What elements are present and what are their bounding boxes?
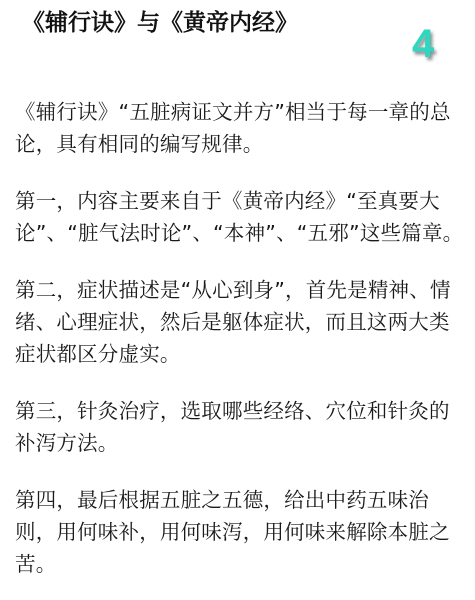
- article-body: 《辅行诀》“五脏病证文并方”相当于每一章的总论，具有相同的编写规律。 第一，内容…: [15, 96, 465, 600]
- paragraph-point-2: 第二，症状描述是“从心到身”，首先是精神、情绪、心理症状，然后是躯体症状，而且这…: [15, 274, 465, 370]
- article-title: 《辅行诀》与《黄帝内经》: [22, 4, 298, 37]
- paragraph-point-4: 第四，最后根据五脏之五德，给出中药五味治则，用何味补，用何味泻，用何味来解除本脏…: [15, 484, 465, 580]
- paragraph-point-1: 第一，内容主要来自于《黄帝内经》“至真要大论”、“脏气法时论”、“本神”、“五邪…: [15, 185, 465, 249]
- paragraph-intro: 《辅行诀》“五脏病证文并方”相当于每一章的总论，具有相同的编写规律。: [15, 96, 465, 160]
- paragraph-point-3: 第三，针灸治疗，选取哪些经络、穴位和针灸的补泻方法。: [15, 395, 465, 459]
- page-number-badge: 4: [412, 22, 434, 67]
